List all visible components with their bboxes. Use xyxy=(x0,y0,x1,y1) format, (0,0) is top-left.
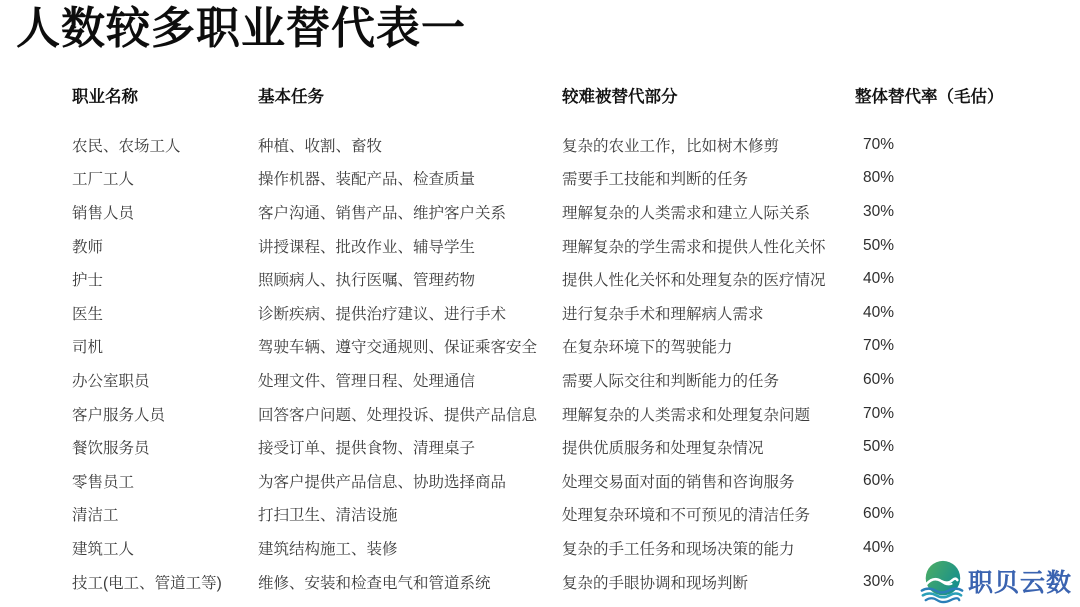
table-row: 客户服务人员 回答客户问题、处理投诉、提供产品信息 理解复杂的人类需求和处理复杂… xyxy=(72,397,1062,431)
table-row: 司机 驾驶车辆、遵守交通规则、保证乘客安全 在复杂环境下的驾驶能力 70% xyxy=(72,330,1062,364)
cell-rate: 70% xyxy=(855,405,1055,423)
brand-logo: 职贝云数 xyxy=(919,558,1072,604)
cell-tasks: 讲授课程、批改作业、辅导学生 xyxy=(258,235,562,257)
table-row: 技工(电工、管道工等) 维修、安装和检查电气和管道系统 复杂的手眼协调和现场判断… xyxy=(72,565,1062,599)
cell-tasks: 客户沟通、销售产品、维护客户关系 xyxy=(258,201,562,223)
cell-tasks: 打扫卫生、清洁设施 xyxy=(258,503,562,525)
cell-rate: 40% xyxy=(855,539,1055,557)
cell-rate: 30% xyxy=(855,203,1055,221)
cell-occupation: 办公室职员 xyxy=(72,369,258,391)
cell-occupation: 客户服务人员 xyxy=(72,403,258,425)
cell-rate: 50% xyxy=(855,438,1055,456)
cell-occupation: 清洁工 xyxy=(72,503,258,525)
column-header-tasks: 基本任务 xyxy=(258,86,562,108)
cell-tasks: 维修、安装和检查电气和管道系统 xyxy=(258,571,562,593)
cell-occupation: 医生 xyxy=(72,302,258,324)
table-row: 农民、农场工人 种植、收割、畜牧 复杂的农业工作，比如树木修剪 70% xyxy=(72,128,1062,162)
slide-page: 人数较多职业替代表一 职业名称 基本任务 较难被替代部分 整体替代率（毛估） 农… xyxy=(0,0,1080,607)
cell-tasks: 回答客户问题、处理投诉、提供产品信息 xyxy=(258,403,562,425)
cell-hard-parts: 处理交易面对面的销售和咨询服务 xyxy=(562,470,855,492)
cell-hard-parts: 理解复杂的人类需求和处理复杂问题 xyxy=(562,403,855,425)
cell-tasks: 操作机器、装配产品、检查质量 xyxy=(258,167,562,189)
page-title: 人数较多职业替代表一 xyxy=(16,4,466,55)
cell-occupation: 护士 xyxy=(72,268,258,290)
table-row: 销售人员 客户沟通、销售产品、维护客户关系 理解复杂的人类需求和建立人际关系 3… xyxy=(72,195,1062,229)
brand-logo-text: 职贝云数 xyxy=(968,563,1072,599)
cell-rate: 50% xyxy=(855,237,1055,255)
cell-rate: 60% xyxy=(855,505,1055,523)
cell-tasks: 种植、收割、畜牧 xyxy=(258,134,562,156)
cell-tasks: 驾驶车辆、遵守交通规则、保证乘客安全 xyxy=(258,335,562,357)
cell-occupation: 教师 xyxy=(72,235,258,257)
cell-hard-parts: 进行复杂手术和理解病人需求 xyxy=(562,302,855,324)
cell-rate: 40% xyxy=(855,270,1055,288)
occupation-table: 职业名称 基本任务 较难被替代部分 整体替代率（毛估） 农民、农场工人 种植、收… xyxy=(72,86,1062,598)
table-row: 医生 诊断疾病、提供治疗建议、进行手术 进行复杂手术和理解病人需求 40% xyxy=(72,296,1062,330)
cell-rate: 80% xyxy=(855,169,1055,187)
cell-occupation: 餐饮服务员 xyxy=(72,436,258,458)
cell-occupation: 建筑工人 xyxy=(72,537,258,559)
cell-occupation: 零售员工 xyxy=(72,470,258,492)
table-header-row: 职业名称 基本任务 较难被替代部分 整体替代率（毛估） xyxy=(72,86,1062,108)
cell-rate: 70% xyxy=(855,136,1055,154)
cell-hard-parts: 理解复杂的学生需求和提供人性化关怀 xyxy=(562,235,855,257)
cell-occupation: 农民、农场工人 xyxy=(72,134,258,156)
table-body: 农民、农场工人 种植、收割、畜牧 复杂的农业工作，比如树木修剪 70% 工厂工人… xyxy=(72,128,1062,598)
cell-tasks: 接受订单、提供食物、清理桌子 xyxy=(258,436,562,458)
cell-hard-parts: 复杂的手眼协调和现场判断 xyxy=(562,571,855,593)
table-row: 零售员工 为客户提供产品信息、协助选择商品 处理交易面对面的销售和咨询服务 60… xyxy=(72,464,1062,498)
table-row: 工厂工人 操作机器、装配产品、检查质量 需要手工技能和判断的任务 80% xyxy=(72,162,1062,196)
table-row: 餐饮服务员 接受订单、提供食物、清理桌子 提供优质服务和处理复杂情况 50% xyxy=(72,430,1062,464)
cell-occupation: 司机 xyxy=(72,335,258,357)
brand-logo-icon xyxy=(919,558,965,604)
cell-rate: 60% xyxy=(855,472,1055,490)
cell-hard-parts: 复杂的手工任务和现场决策的能力 xyxy=(562,537,855,559)
table-row: 办公室职员 处理文件、管理日程、处理通信 需要人际交往和判断能力的任务 60% xyxy=(72,363,1062,397)
table-row: 护士 照顾病人、执行医嘱、管理药物 提供人性化关怀和处理复杂的医疗情况 40% xyxy=(72,262,1062,296)
cell-rate: 70% xyxy=(855,337,1055,355)
cell-occupation: 工厂工人 xyxy=(72,167,258,189)
cell-tasks: 诊断疾病、提供治疗建议、进行手术 xyxy=(258,302,562,324)
table-row: 清洁工 打扫卫生、清洁设施 处理复杂环境和不可预见的清洁任务 60% xyxy=(72,498,1062,532)
cell-hard-parts: 需要人际交往和判断能力的任务 xyxy=(562,369,855,391)
cell-hard-parts: 处理复杂环境和不可预见的清洁任务 xyxy=(562,503,855,525)
cell-rate: 60% xyxy=(855,371,1055,389)
cell-hard-parts: 提供优质服务和处理复杂情况 xyxy=(562,436,855,458)
cell-hard-parts: 提供人性化关怀和处理复杂的医疗情况 xyxy=(562,268,855,290)
cell-tasks: 建筑结构施工、装修 xyxy=(258,537,562,559)
cell-hard-parts: 复杂的农业工作，比如树木修剪 xyxy=(562,134,855,156)
column-header-occupation: 职业名称 xyxy=(72,86,258,108)
cell-tasks: 照顾病人、执行医嘱、管理药物 xyxy=(258,268,562,290)
cell-tasks: 处理文件、管理日程、处理通信 xyxy=(258,369,562,391)
column-header-rate: 整体替代率（毛估） xyxy=(855,86,1055,108)
cell-occupation: 销售人员 xyxy=(72,201,258,223)
cell-hard-parts: 需要手工技能和判断的任务 xyxy=(562,167,855,189)
table-row: 建筑工人 建筑结构施工、装修 复杂的手工任务和现场决策的能力 40% xyxy=(72,531,1062,565)
cell-hard-parts: 理解复杂的人类需求和建立人际关系 xyxy=(562,201,855,223)
cell-hard-parts: 在复杂环境下的驾驶能力 xyxy=(562,335,855,357)
cell-occupation: 技工(电工、管道工等) xyxy=(72,571,258,593)
table-row: 教师 讲授课程、批改作业、辅导学生 理解复杂的学生需求和提供人性化关怀 50% xyxy=(72,229,1062,263)
cell-tasks: 为客户提供产品信息、协助选择商品 xyxy=(258,470,562,492)
cell-rate: 40% xyxy=(855,304,1055,322)
column-header-hard-parts: 较难被替代部分 xyxy=(562,86,855,108)
